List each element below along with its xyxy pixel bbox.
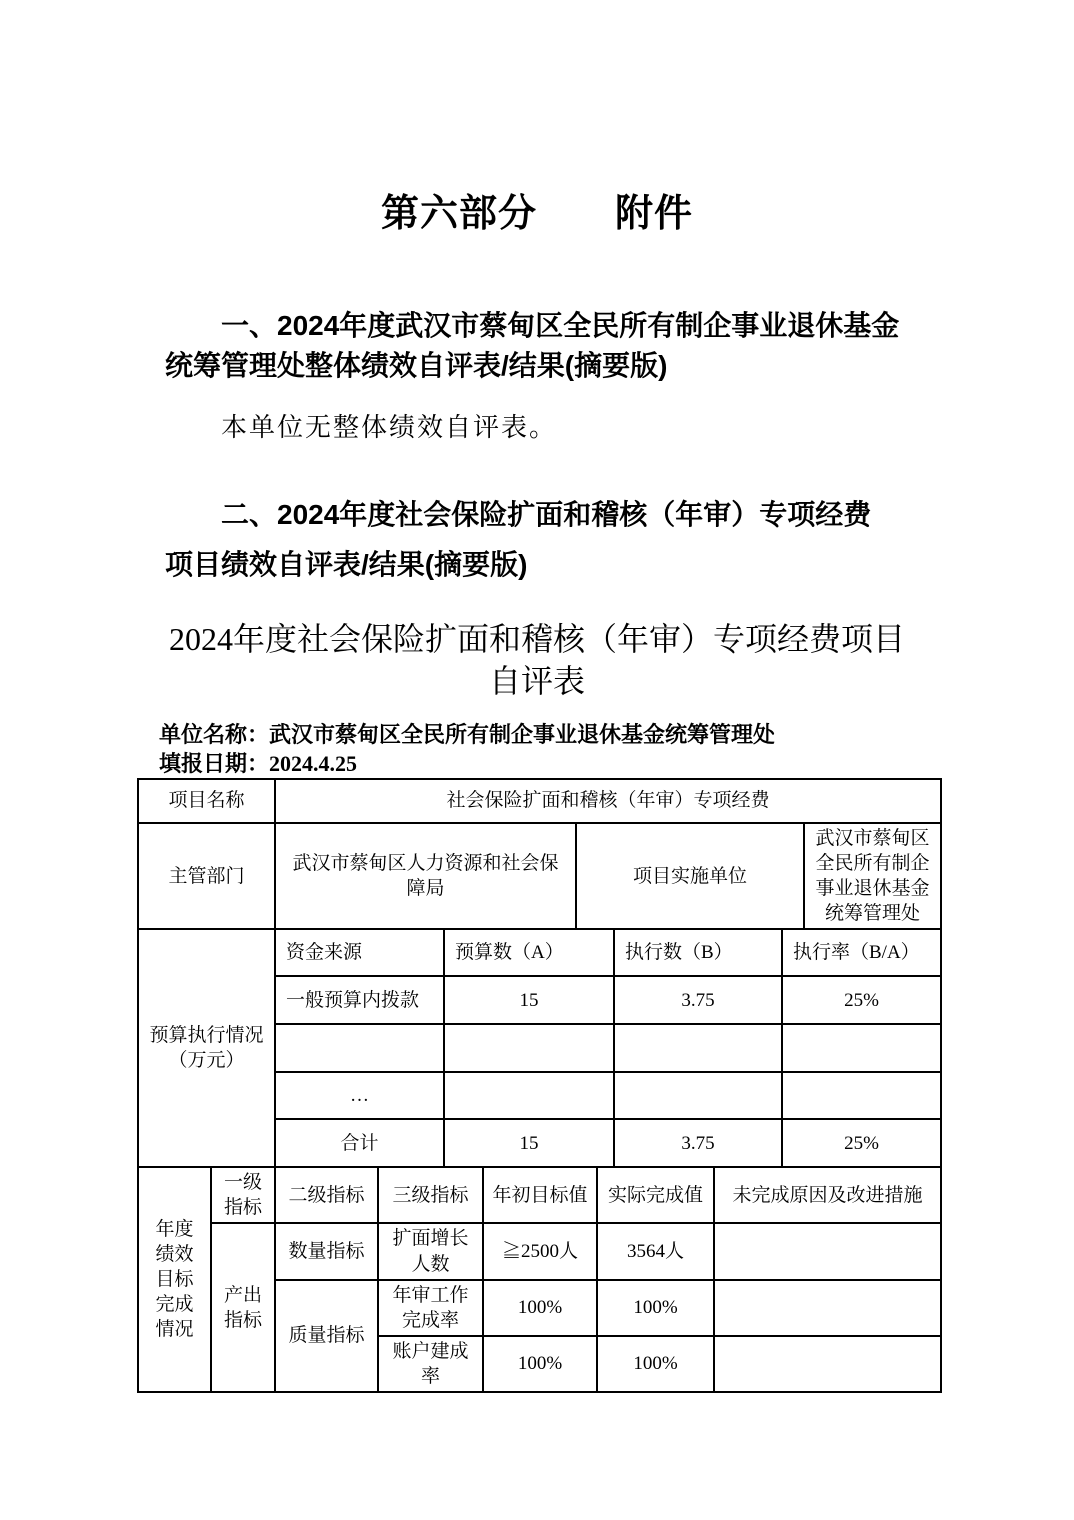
cell-target-expansion: ≧2500人 bbox=[483, 1223, 597, 1279]
form-table-indicators: 年度绩效目标完成情况 一级指标 二级指标 三级指标 年初目标值 实际完成值 未完… bbox=[137, 1166, 942, 1393]
form-title: 2024年度社会保险扩面和稽核（年审）专项经费项目 自评表 bbox=[0, 618, 1074, 702]
cell-header-level1: 一级指标 bbox=[211, 1167, 275, 1223]
table-row: 产出指标 数量指标 扩面增长人数 ≧2500人 3564人 bbox=[138, 1223, 941, 1279]
section-2-heading-line1: 二、2024年度社会保险扩面和稽核（年审）专项经费 bbox=[165, 490, 927, 540]
cell-header-actual: 实际完成值 bbox=[597, 1167, 714, 1223]
cell-empty bbox=[275, 1024, 444, 1072]
cell-budget-source-general: 一般预算内拨款 bbox=[275, 976, 444, 1024]
cell-empty bbox=[714, 1223, 941, 1279]
cell-dept-label: 主管部门 bbox=[138, 823, 275, 929]
unit-name-value: 武汉市蔡甸区全民所有制企事业退休基金统筹管理处 bbox=[269, 722, 775, 747]
unit-name-label: 单位名称： bbox=[159, 722, 269, 747]
cell-empty bbox=[714, 1336, 941, 1392]
section-2-heading-line2: 项目绩效自评表/结果(摘要版) bbox=[165, 540, 927, 590]
form-meta: 单位名称：武汉市蔡甸区全民所有制企事业退休基金统筹管理处 填报日期：2024.4… bbox=[159, 720, 1074, 778]
page-title: 第六部分 附件 bbox=[0, 192, 1074, 236]
unit-name-line: 单位名称：武汉市蔡甸区全民所有制企事业退休基金统筹管理处 bbox=[159, 720, 1074, 749]
cell-budget-header-rate: 执行率（B/A） bbox=[782, 929, 941, 976]
table-row: 项目名称 社会保险扩面和稽核（年审）专项经费 bbox=[138, 779, 941, 823]
form-title-line2: 自评表 bbox=[0, 660, 1074, 702]
section-1-heading: 一、2024年度武汉市蔡甸区全民所有制企事业退休基金 统筹管理处整体绩效自评表/… bbox=[165, 306, 927, 386]
cell-budget-header-b: 执行数（B） bbox=[614, 929, 782, 976]
cell-header-target: 年初目标值 bbox=[483, 1167, 597, 1223]
report-date-line: 填报日期：2024.4.25 bbox=[159, 749, 1074, 778]
table-row: 年度绩效目标完成情况 一级指标 二级指标 三级指标 年初目标值 实际完成值 未完… bbox=[138, 1167, 941, 1223]
cell-level3-annual-review: 年审工作完成率 bbox=[378, 1280, 483, 1336]
cell-budget-source-total: 合计 bbox=[275, 1119, 444, 1167]
table-row: 预算执行情况（万元） 资金来源 预算数（A） 执行数（B） 执行率（B/A） bbox=[138, 929, 941, 976]
cell-empty bbox=[714, 1280, 941, 1336]
cell-project-name: 社会保险扩面和稽核（年审）专项经费 bbox=[275, 779, 941, 823]
cell-budget-header-source: 资金来源 bbox=[275, 929, 444, 976]
cell-empty bbox=[444, 1072, 614, 1119]
cell-empty bbox=[614, 1024, 782, 1072]
cell-header-level3: 三级指标 bbox=[378, 1167, 483, 1223]
cell-level3-expansion: 扩面增长人数 bbox=[378, 1223, 483, 1279]
form-table-top: 项目名称 社会保险扩面和稽核（年审）专项经费 主管部门 武汉市蔡甸区人力资源和社… bbox=[137, 778, 942, 930]
cell-level3-account: 账户建成率 bbox=[378, 1336, 483, 1392]
form-table-budget: 预算执行情况（万元） 资金来源 预算数（A） 执行数（B） 执行率（B/A） 一… bbox=[137, 928, 942, 1168]
cell-actual-expansion: 3564人 bbox=[597, 1223, 714, 1279]
cell-header-level2: 二级指标 bbox=[275, 1167, 378, 1223]
form-title-line1: 2024年度社会保险扩面和稽核（年审）专项经费项目 bbox=[0, 618, 1074, 660]
cell-budget-b-general: 3.75 bbox=[614, 976, 782, 1024]
cell-level1-output: 产出指标 bbox=[211, 1223, 275, 1391]
cell-indicators-label: 年度绩效目标完成情况 bbox=[138, 1167, 211, 1392]
cell-actual-annual-review: 100% bbox=[597, 1280, 714, 1336]
cell-impl: 武汉市蔡甸区全民所有制企事业退休基金统筹管理处 bbox=[804, 823, 941, 929]
report-date-label: 填报日期： bbox=[159, 751, 269, 776]
cell-dept: 武汉市蔡甸区人力资源和社会保障局 bbox=[275, 823, 576, 929]
cell-budget-a-total: 15 bbox=[444, 1119, 614, 1167]
cell-header-reason: 未完成原因及改进措施 bbox=[714, 1167, 941, 1223]
cell-budget-label: 预算执行情况（万元） bbox=[138, 929, 275, 1167]
cell-level2-quality: 质量指标 bbox=[275, 1280, 378, 1392]
cell-budget-b-total: 3.75 bbox=[614, 1119, 782, 1167]
cell-level2-quantity: 数量指标 bbox=[275, 1223, 378, 1279]
section-1-heading-line2: 统筹管理处整体绩效自评表/结果(摘要版) bbox=[165, 346, 927, 386]
section-2-heading: 二、2024年度社会保险扩面和稽核（年审）专项经费 项目绩效自评表/结果(摘要版… bbox=[165, 490, 927, 590]
cell-budget-a-general: 15 bbox=[444, 976, 614, 1024]
cell-target-account: 100% bbox=[483, 1336, 597, 1392]
cell-budget-rate-general: 25% bbox=[782, 976, 941, 1024]
cell-empty bbox=[444, 1024, 614, 1072]
cell-budget-source-ellipsis: … bbox=[275, 1072, 444, 1119]
cell-impl-label: 项目实施单位 bbox=[576, 823, 804, 929]
section-1-body: 本单位无整体绩效自评表。 bbox=[165, 410, 927, 446]
cell-budget-rate-total: 25% bbox=[782, 1119, 941, 1167]
cell-project-name-label: 项目名称 bbox=[138, 779, 275, 823]
table-row: 主管部门 武汉市蔡甸区人力资源和社会保障局 项目实施单位 武汉市蔡甸区全民所有制… bbox=[138, 823, 941, 929]
report-date-value: 2024.4.25 bbox=[269, 751, 357, 776]
cell-empty bbox=[614, 1072, 782, 1119]
document-page: 第六部分 附件 一、2024年度武汉市蔡甸区全民所有制企事业退休基金 统筹管理处… bbox=[0, 0, 1074, 1520]
cell-empty bbox=[782, 1024, 941, 1072]
cell-budget-header-a: 预算数（A） bbox=[444, 929, 614, 976]
cell-target-annual-review: 100% bbox=[483, 1280, 597, 1336]
cell-empty bbox=[782, 1072, 941, 1119]
cell-actual-account: 100% bbox=[597, 1336, 714, 1392]
section-1-heading-line1: 一、2024年度武汉市蔡甸区全民所有制企事业退休基金 bbox=[165, 306, 927, 346]
